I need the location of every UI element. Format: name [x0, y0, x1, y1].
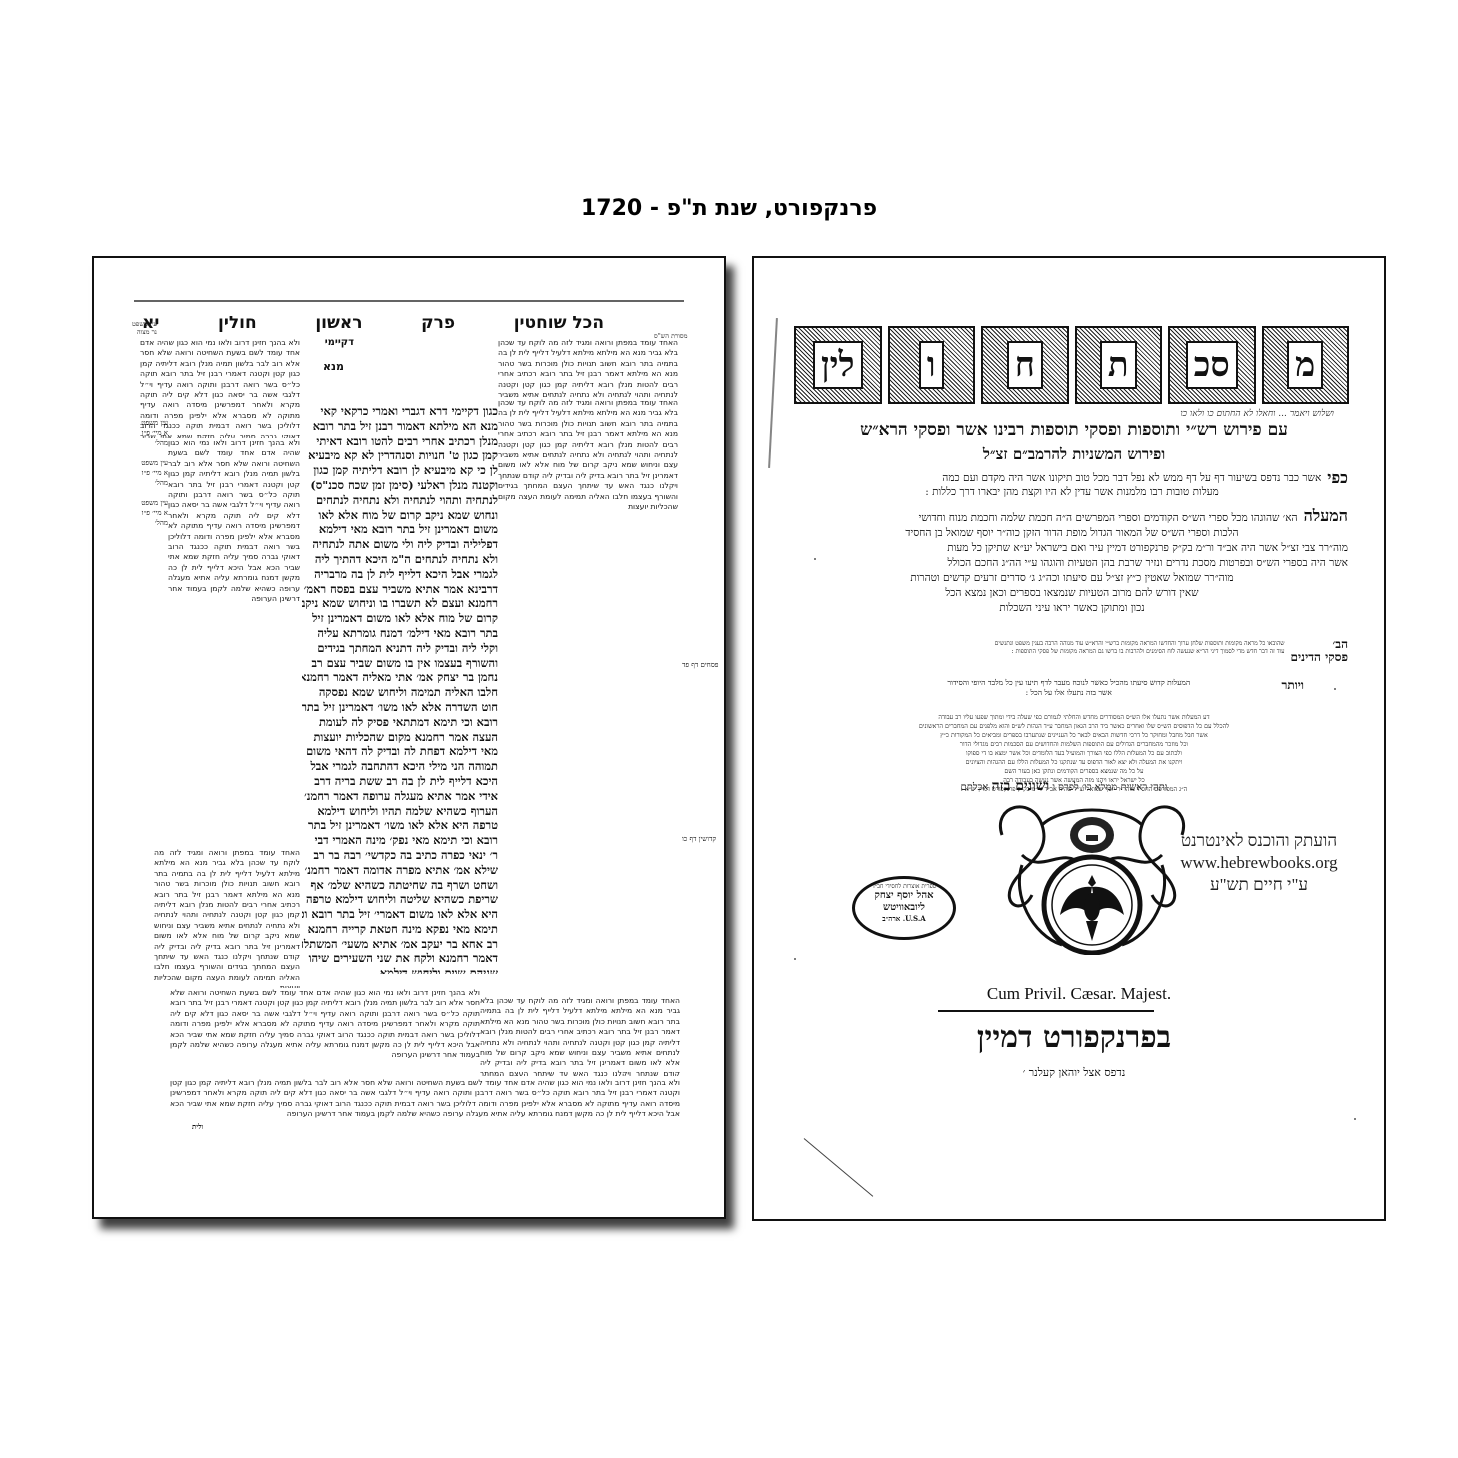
gemara-line: תמוהה הני מילי היכא דהתחבה לגמרי אבל	[302, 759, 498, 774]
hebrewbooks-watermark: הועתק והוכנס לאינטרנט www.hebrewbooks.or…	[1159, 830, 1359, 896]
gemara-line: משום דאמרינן זיל בתר רובא מאי דילמא	[302, 522, 498, 537]
tosafot-bottom-block: ולא בהנך חזינן דרוב ולאו נמי הוא כגון שה…	[170, 988, 480, 1078]
rashi-top-block: האחד עומד במפתן ורואה ומגיד לזה מה לוקח …	[498, 338, 678, 398]
gemara-line: היא אלא לאו משום דאמרי׳ זיל בתר רובא וכי	[302, 907, 498, 922]
gemara-line: וקטנה מנלן ראלעי (סימן זמן שכח סכנ"ס)	[302, 478, 498, 493]
text-line: אשר היה בספרי הש״ס ובפרטות מסכת נדרים ונ…	[796, 556, 1348, 571]
gemara-line: לגמרי אבל היכא דלייף לית לן בה מרבריה	[302, 567, 498, 582]
margin-note: א מיי׳ פ״ו מהל׳	[134, 468, 168, 488]
text-line: ולכתוב עם כל המעלות הללו כפי הצורך והמוע…	[809, 749, 1339, 758]
text-line: ויתקנו את המעלה ולא יצא לאור הדפוס עד שנ…	[809, 758, 1339, 767]
margin-note: עין משפט	[134, 418, 168, 428]
margin-note: א מיי׳ פ״ו מהל׳	[134, 428, 168, 448]
kefi-lead-word: כפי	[1327, 471, 1348, 485]
gemara-line: רב אחא בר יעקב אמ׳ אתיא משעי׳ המשתלח	[302, 937, 498, 952]
scan-speck	[814, 558, 816, 560]
title-letter: ו	[919, 341, 944, 389]
stamp-ring-text: ספרית אוצרות לחסידי חב״ד	[855, 883, 953, 890]
stamp-library-name: אהל יוסף יצחק	[855, 890, 953, 902]
verse-text: ותהי ראשית ממלא כו׳ לפרס ו	[1052, 782, 1167, 793]
gemara-line: אידי אמר אתיא מעגלה ערופה דאמר רחמנ׳	[302, 789, 498, 804]
gemara-line: היכא דלייף לית לן בה רב ששת בריה דרב	[302, 774, 498, 789]
divider-rule	[938, 1010, 1154, 1012]
gemara-line: ושחט ושרף בה שחיטתה כשהיא שלמ׳ אף	[302, 878, 498, 893]
woodcut-letter-block: ח	[981, 326, 1069, 404]
title-letter: ת	[1100, 341, 1137, 389]
gemara-line: כגון דקיימי דרא דגברי ואמרי כרקאי קאי	[302, 404, 498, 419]
gemara-line: והשורף בעצמו אין בו משום שביר עצם רב	[302, 656, 498, 671]
scan-speck	[1354, 1118, 1356, 1120]
library-stamp: ספרית אוצרות לחסידי חב״ד אהל יוסף יצחק ל…	[852, 876, 956, 940]
text-line: להכלל עם כל הדפוסים הש״ס שלו ואחרים כאשר…	[809, 722, 1339, 731]
scan-speck	[1334, 688, 1336, 690]
margin-note: עין משפט	[134, 498, 168, 508]
verse-line: ותהי ראשית ממלא כו׳ לפרס ו ושונים בזה אכ…	[814, 778, 1314, 795]
title-letter: סכ	[1186, 341, 1238, 389]
gemara-column: כגון דקיימי דרא דגברי ואמרי כרקאי קאימנא…	[302, 404, 498, 974]
text-line: הא׳ שהוגהו מכל ספרי הש״ס הקודמים וספרי ה…	[919, 512, 1298, 524]
gemara-line: נחמן בר יצחק אמ׳ אתי מאליה דאמר רחמנא	[302, 670, 498, 685]
gemara-line: שריפת כשהיא שליטה וליחוש דילמא טרפה	[302, 892, 498, 907]
talmud-page-scan: הכל שוחטין פרק ראשון חולין יא עין משפט נ…	[92, 256, 726, 1219]
text-line: על כל מה שנמצא בספרים הקודמים ונתקן כאן …	[809, 767, 1339, 776]
corner-note-line: עין משפט	[132, 320, 157, 328]
text-line: מעלות טובות רבו מלמנות אשר עדין לא היו ו…	[796, 485, 1348, 499]
text-line: דע המעלות אשר נתעלו אלו הש״ס המסודרים מח…	[809, 713, 1339, 722]
gemara-line: ולא נתחיה לנתחים ה"מ היכא דהתיך ליה	[302, 552, 498, 567]
gemara-line: רחמנא ועצם לא תשברו בו וניחוש שמא ניקב	[302, 596, 498, 611]
gemara-line: דאמר רחמנא ולקח את שני השעירים שיהו	[302, 951, 498, 966]
margin-note: עין משפט	[134, 458, 168, 468]
text-line: אשר כבר נדפס בשיעור דף על דף ממש לא נפל …	[796, 471, 1321, 485]
gemara-line: חוט השדרה אלא לאו משו׳ דאמרינן זיל בתר	[302, 700, 498, 715]
woodcut-title-banner: מ סכ ת ח ו לין	[794, 326, 1349, 404]
margin-note: א מיי׳ פ״ו מהל׳	[134, 508, 168, 528]
place-of-printing: בפרנקפורט דמיין	[904, 1020, 1244, 1055]
verse-bold: ושונים בזה	[992, 778, 1050, 794]
imperial-privilege: Cum Privil. Cæsar. Majest.	[954, 984, 1204, 1004]
text-line: הלכות וספרי הש״ס של המאור הגדול מופת הדו…	[796, 526, 1348, 541]
stamp-library-city: ליובאוויטש	[855, 902, 953, 914]
gemara-line: דפליליה ובדיק ליה ולי משום אתה לנתחיה	[302, 537, 498, 552]
gemara-line: וקלי ליה ובדיק ליה דתניא המחתך בגידים	[302, 641, 498, 656]
running-head-tractate-chapter: הכל שוחטין	[514, 313, 604, 333]
gemara-line: מאי דילמא דפחת לה ובדיק לה דהאי משום	[302, 744, 498, 759]
ein-mishpat-margin: עין משפט א מיי׳ פ״ו מהל׳ עין משפט א מיי׳…	[134, 418, 168, 528]
gemara-line: שניהם שוים וליחוש דילמא	[302, 966, 498, 974]
gemara-line: מנא הא מילתא דאמור רבנן זיל בתר רובא	[302, 419, 498, 434]
gemara-line: הערוף כשהיא שלמה תהיו וליחוש דילמא	[302, 804, 498, 819]
text-line: עוד זה דבר חדש מדי לסמוך דיני הר״א שנעשה…	[796, 648, 1285, 656]
watermark-url: www.hebrewbooks.org	[1159, 852, 1359, 874]
title-letter: ח	[1007, 341, 1043, 389]
subtitle-mishnah-commentary: ופירוש המשניות להרמב״ם זצ״ל	[814, 445, 1334, 464]
printer-name: נדפס אצל יוהאן קעלנר ׳	[954, 1066, 1194, 1079]
gemara-line: טרפה היא אלא לאו משו׳ דאמרינן זיל בתר	[302, 818, 498, 833]
woodcut-letter-block: לין	[794, 326, 882, 404]
gemara-line: מנלן רכתיב אחרי רבים להטו רובא דאיתי	[302, 434, 498, 449]
gemara-line: רובא וכי תימא מאי נפק׳ מינה האמרי דבי	[302, 833, 498, 848]
verse-text: אכלתם	[961, 782, 989, 793]
watermark-line-3: ע"י חיים תש"ע	[1159, 874, 1359, 896]
watermark-line-1: הועתק והוכנס לאינטרנט	[1159, 830, 1359, 852]
cross-reference-kiddushin: קדושין דף כו	[682, 834, 716, 844]
tosafot-column: ולא בהנך חזינן דרוב ולאו נמי הוא כגון שה…	[168, 438, 300, 848]
hamaala-lead-word: המעלה	[1304, 508, 1348, 525]
rashi-bottom-block: האחד עומד במפתן ורואה ומגיד לזה מה לוקח …	[480, 996, 680, 1076]
gemara-line: קמן כגון ט' חנויות וסנהדרין לא קא מיבעיא	[302, 448, 498, 463]
woodcut-letter-block: ו	[888, 326, 976, 404]
gemara-line: ר׳ ינאי כפרה כתיב בה כקדשי׳ רבה בר רב	[302, 848, 498, 863]
piskei-hadinim-label: פסקי הדינים	[1291, 651, 1348, 664]
running-head-tractate: חולין	[218, 313, 257, 333]
corner-note-line: נר מצוה	[132, 328, 157, 336]
top-rule	[134, 300, 684, 302]
gemara-line: העצה אמר רחמנא מקום שהכליות יועצות	[302, 730, 498, 745]
woodcut-letter-block: סכ	[1168, 326, 1256, 404]
handwritten-annotation: ושלוש ויאמר ... וחאלו לא החתום כו ולאו כ…	[854, 408, 1334, 419]
hamaala-paragraph: המעלההא׳ שהוגהו מכל ספרי הש״ס הקודמים וס…	[796, 508, 1348, 616]
scan-speck	[794, 958, 796, 960]
text-line: שהובאו כל מראה מקומות ותוספות שלחן ערוך …	[796, 640, 1285, 648]
gemara-line: ונחוש שמא ניקב קרום של מוח אלא לאו	[302, 508, 498, 523]
footer-continuation: ולא בהנך חזינן דרוב ולאו נמי הוא כגון שה…	[170, 1078, 680, 1122]
gemara-dibbur-hamatchil: מנא	[304, 362, 344, 380]
veyoter-lead-word: ויותר	[1282, 678, 1305, 693]
gemara-line: חלבו האליה תמימה וליחוש שמא נפסקה	[302, 685, 498, 700]
text-line: שאין דורש להם מרוב הטעיות שנמצאו בספרים …	[796, 586, 1348, 601]
text-line: המעלות קדוש סיעתו מהכיל כאשר לנוכח מעבר …	[864, 678, 1274, 688]
subtitle-commentaries: עם פירוש רש״י ותוספות ופסקי תוספות רבינו…	[814, 420, 1334, 440]
title-page-scan: מ סכ ת ח ו לין ושלוש ויאמר ... וחאלו לא …	[752, 256, 1386, 1221]
gemara-line: שילא אמ׳ אתיא מפרה אדומה דאמר רחמנ׳	[302, 863, 498, 878]
text-line: אשר בזה נתעלו אלו על הכל :	[864, 688, 1274, 698]
veyoter-paragraph: ויותר המעלות קדוש סיעתו מהכיל כאשר לנוכח…	[864, 678, 1304, 698]
running-head-rishon: ראשון	[315, 313, 362, 333]
title-letter: מ	[1287, 341, 1323, 389]
hab-paragraph: הב׳ פסקי הדינים שהובאו כל מראה מקומות ות…	[796, 638, 1348, 664]
text-line: מוה״רר שמואל שאטין כ״ץ זצ״ל עם סיעתו וכה…	[796, 571, 1348, 586]
text-line: נכון ומתוקן כאשר יראו עיני השכלות	[796, 601, 1348, 616]
text-line: מוה״רר צבי זצ״ל אשר היה אב״ד ור״מ בק״ק פ…	[796, 541, 1348, 556]
running-head: הכל שוחטין פרק ראשון חולין יא	[142, 313, 604, 333]
text-line: אשר חבל מחבל ומחוקר כל דרכי חדשות הבאים …	[809, 731, 1339, 740]
scan-scratch	[804, 1138, 874, 1197]
title-letter: לין	[813, 341, 863, 389]
catchword: ולית	[192, 1122, 203, 1132]
gemara-line: דרבינא אמר אתיא משביר עצם בפסח ראמ׳	[302, 582, 498, 597]
side-dibbur: דקיימי	[294, 338, 354, 356]
rashi-column: האחד עומד במפתן ורואה ומגיד לזה מה לוקח …	[498, 398, 678, 988]
edge-mark	[768, 318, 778, 468]
tosafot-column-lower: האחד עומד במפתן ורואה ומגיד לזה מה לוקח …	[154, 848, 300, 988]
gemara-line: תימא מאי נפקא מינה חטאת קרייה רחמנא	[302, 922, 498, 937]
gemara-line: רובא וכי תימא דמתתאי פסיק לה לעומת	[302, 715, 498, 730]
gemara-line: לן כי קא מיבעיא לן רובא דליתיה קמן כגון	[302, 463, 498, 478]
gemara-line: קרום של מוח אלא לאו משום דאמרינן זיל	[302, 611, 498, 626]
woodcut-letter-block: מ	[1262, 326, 1350, 404]
woodcut-letter-block: ת	[1075, 326, 1163, 404]
page-caption: פרנקפורט, שנת ת"פ - 1720	[0, 196, 1458, 221]
ein-mishpat-label: עין משפט נר מצוה	[132, 320, 157, 336]
gemara-line: לנתחיה ותהוי לנתחיה ולא נתחיה לנתחים	[302, 493, 498, 508]
text-line: וכל מוזכר מהמחברים הגדולים עם התוספות הש…	[809, 740, 1339, 749]
cross-reference-pesachim: פסחים דף פד	[682, 660, 718, 670]
kefi-paragraph: כפי אשר כבר נדפס בשיעור דף על דף ממש לא …	[796, 471, 1348, 499]
running-head-perek: פרק	[421, 313, 455, 333]
stamp-country: U.S.A. ארה״ב	[855, 914, 953, 923]
gemara-line: בתר רובא מאי דילמ׳ דמנח גומרתא עליה	[302, 626, 498, 641]
